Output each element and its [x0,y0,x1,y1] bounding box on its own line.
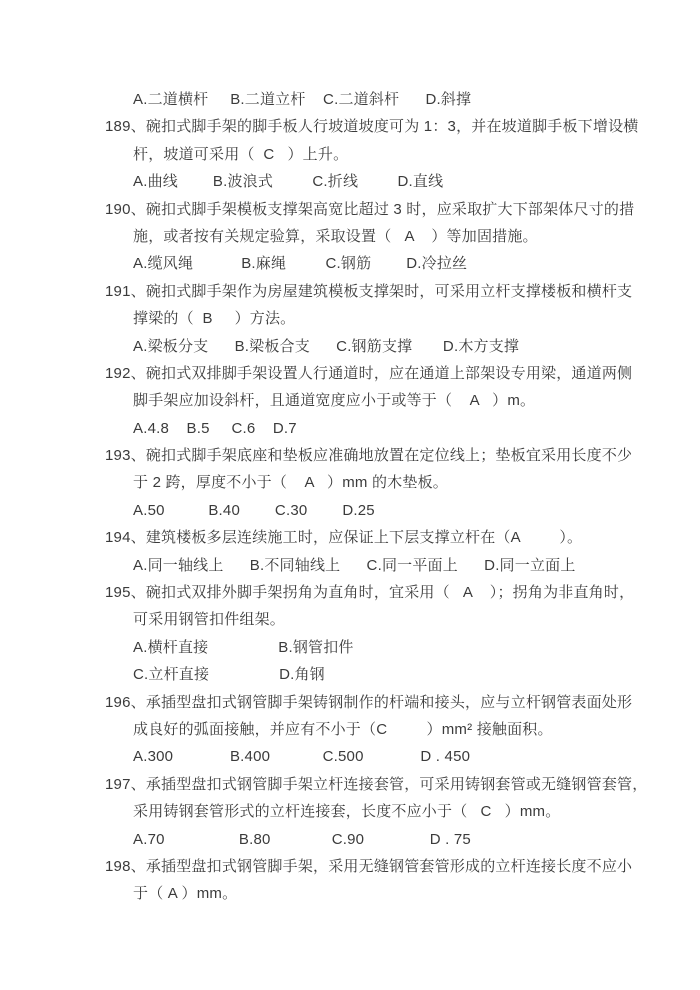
question-first-line: 190、碗扣式脚手架模板支撑架高宽比超过 3 时，应采取扩大下部架体尺寸的措 [105,196,680,223]
question-wrap-line: 撑梁的（ B ）方法。 [133,305,680,332]
question-wrap-line: 杆，坡道可采用（ C ）上升。 [133,141,680,168]
question-wrap-line: 脚手架应加设斜杆，且通道宽度应小于或等于（ A ）m。 [133,387,680,414]
question-first-line: 192、碗扣式双排脚手架设置人行通道时，应在通道上部架设专用梁，通道两侧 [105,360,680,387]
document-page: A.二道横杆 B.二道立杆 C.二道斜杆 D.斜撑 189、碗扣式脚手架的脚手板… [0,0,700,990]
options-row: A.4.8 B.5 C.6 D.7 [133,415,680,442]
options-row: C.立杆直接 D.角钢 [133,661,680,688]
question-first-line: 191、碗扣式脚手架作为房屋建筑模板支撑架时，可采用立杆支撑楼板和横杆支 [105,278,680,305]
question-wrap-line: 施，或者按有关规定验算，采取设置（ A ）等加固措施。 [133,223,680,250]
options-row: A.70 B.80 C.90 D . 75 [133,826,680,853]
question-first-line: 195、碗扣式双排外脚手架拐角为直角时，宜采用（ A ）；拐角为非直角时， [105,579,680,606]
question-first-line: 198、承插型盘扣式钢管脚手架，采用无缝钢管套管形成的立杆连接长度不应小 [105,853,680,880]
options-row: A.横杆直接 B.钢管扣件 [133,634,680,661]
question-wrap-line: 成良好的弧面接触，并应有不小于（C ）mm² 接触面积。 [133,716,680,743]
options-row: A.50 B.40 C.30 D.25 [133,497,680,524]
question-first-line: 196、承插型盘扣式钢管脚手架铸钢制作的杆端和接头，应与立杆钢管表面处形 [105,689,680,716]
question-wrap-line: 可采用钢管扣件组架。 [133,606,680,633]
options-row: A.缆风绳 B.麻绳 C.钢筋 D.冷拉丝 [133,250,680,277]
question-wrap-line: 于（ A ）mm。 [133,880,680,907]
options-row: A.梁板分支 B.梁板合支 C.钢筋支撑 D.木方支撑 [133,333,680,360]
question-first-line: 197、承插型盘扣式钢管脚手架立杆连接套管，可采用铸钢套管或无缝钢管套管， [105,771,680,798]
options-row: A.曲线 B.波浪式 C.折线 D.直线 [133,168,680,195]
question-wrap-line: 采用铸钢套管形式的立杆连接套，长度不应小于（ C ）mm。 [133,798,680,825]
question-first-line: 193、碗扣式脚手架底座和垫板应准确地放置在定位线上；垫板宜采用长度不少 [105,442,680,469]
question-wrap-line: 于 2 跨，厚度不小于（ A ）mm 的木垫板。 [133,469,680,496]
question-first-line: 194、建筑楼板多层连续施工时，应保证上下层支撑立杆在（A ）。 [105,524,680,551]
options-row: A.二道横杆 B.二道立杆 C.二道斜杆 D.斜撑 [133,86,680,113]
options-row: A.300 B.400 C.500 D . 450 [133,743,680,770]
options-row: A.同一轴线上 B.不同轴线上 C.同一平面上 D.同一立面上 [133,552,680,579]
question-first-line: 189、碗扣式脚手架的脚手板人行坡道坡度可为 1：3，并在坡道脚手板下增设横 [105,113,680,140]
